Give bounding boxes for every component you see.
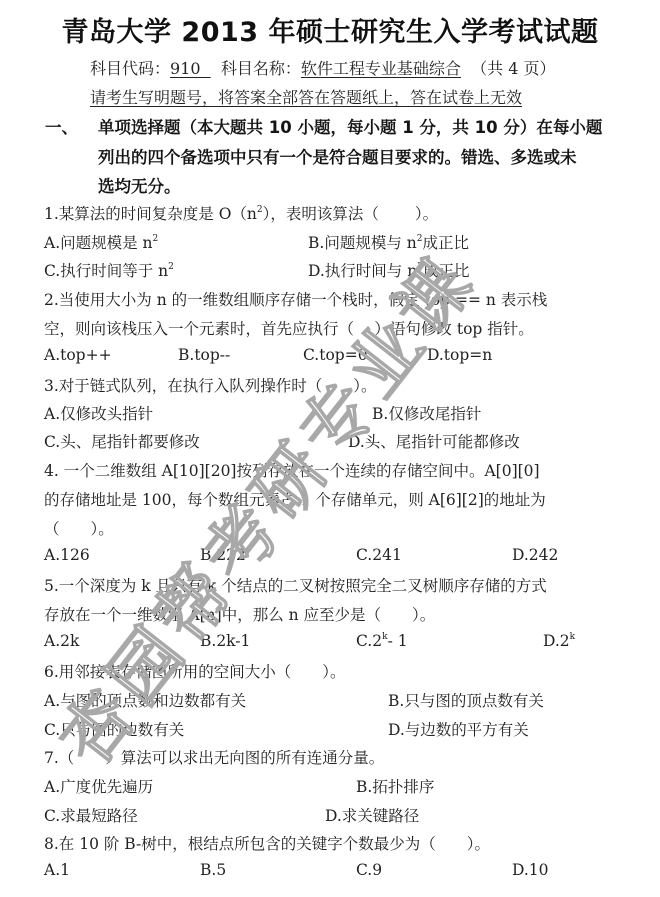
- question-4-option-d: D.242: [512, 546, 558, 564]
- question-5-option-b: B.2k-1: [200, 632, 250, 650]
- question-8-option-c: C.9: [356, 861, 382, 879]
- question-3-option-a: A.仅修改头指针: [44, 402, 153, 424]
- question-1-stem: 1.某算法的时间复杂度是 O（n2），表明该算法（ ）。: [44, 202, 438, 224]
- question-7-stem: 7.（ ）算法可以求出无向图的所有连通分量。: [44, 746, 384, 768]
- section-number: 一、: [45, 114, 78, 138]
- question-4-option-c: C.241: [356, 546, 402, 564]
- section-instructions-line-1: 单项选择题（本大题共 10 小题，每小题 1 分，共 10 分）在每小题: [98, 114, 602, 138]
- question-6-option-a: A.与图的顶点数和边数都有关: [44, 689, 246, 711]
- question-3-option-d: D.头、尾指针可能都修改: [348, 430, 520, 452]
- question-3-option-c: C.头、尾指针都要修改: [44, 430, 200, 452]
- question-6-stem: 6.用邻接表存储图所用的空间大小（ ）。: [44, 660, 346, 682]
- question-8-option-d: D.10: [512, 861, 549, 879]
- subject-code-label: 科目代码：: [90, 59, 170, 78]
- question-7-option-a: A.广度优先遍历: [44, 775, 153, 797]
- subject-name: 软件工程专业基础综合: [301, 59, 461, 78]
- question-5-stem-line-1: 5.一个深度为 k 且只有 k 个结点的二叉树按照完全二叉树顺序存储的方式: [44, 574, 547, 596]
- subject-code: 910: [170, 59, 211, 78]
- question-7-option-b: B.拓扑排序: [356, 775, 434, 797]
- question-5-option-a: A.2k: [44, 632, 79, 650]
- question-1-option-d: D.执行时间与 n2成正比: [308, 259, 469, 281]
- exam-page: 青岛大学 2013 年硕士研究生入学考试试题 科目代码：910 科目名称：软件工…: [0, 0, 660, 897]
- question-4-stem-line-1: 4. 一个二维数组 A[10][20]按列存放在一个连续的存储空间中。A[0][…: [44, 459, 540, 481]
- question-4-option-a: A.126: [44, 546, 90, 564]
- question-2-stem-line-1: 2.当使用大小为 n 的一维数组顺序存储一个栈时，假定 top == n 表示栈: [44, 288, 547, 310]
- question-5-option-d: D.2k: [543, 632, 575, 650]
- question-3-option-b: B.仅修改尾指针: [372, 402, 481, 424]
- question-5-stem-line-2: 存放在一个一维数组 A[n]中，那么 n 应至少是（ ）。: [44, 603, 435, 625]
- question-8-option-b: B.5: [200, 861, 226, 879]
- watermark-char-5: 研: [236, 429, 344, 535]
- question-2-stem-line-2: 空，则向该栈压入一个元素时，首先应执行（ ）语句修改 top 指针。: [44, 317, 534, 339]
- question-4-option-b: B.222: [200, 546, 246, 564]
- page-count: （共 4 页）: [471, 59, 555, 78]
- question-3-stem: 3.对于链式队列，在执行入队列操作时（ ）。: [44, 374, 377, 396]
- question-6-option-c: C.只与图的边数有关: [44, 718, 184, 740]
- question-1-option-b: B.问题规模与 n2成正比: [308, 231, 469, 253]
- question-6-option-d: D.与边数的平方有关: [388, 718, 529, 740]
- question-2-option-b: B.top--: [178, 346, 230, 364]
- question-2-option-c: C.top=0: [303, 346, 368, 364]
- answer-notice: 请考生写明题号，将答案全部答在答题纸上，答在试卷上无效: [90, 85, 522, 108]
- subject-info-line: 科目代码：910 科目名称：软件工程专业基础综合 （共 4 页）: [90, 56, 555, 79]
- question-5-option-c: C.2k- 1: [356, 632, 408, 650]
- question-1-option-a: A.问题规模是 n2: [44, 231, 158, 253]
- subject-name-label: 科目名称：: [221, 59, 301, 78]
- question-7-option-c: C.求最短路径: [44, 804, 138, 826]
- question-7-option-d: D.求关键路径: [325, 804, 419, 826]
- exam-title: 青岛大学 2013 年硕士研究生入学考试试题: [0, 10, 660, 49]
- question-8-option-a: A.1: [44, 861, 70, 879]
- question-8-stem: 8.在 10 阶 B-树中，根结点所包含的关键字个数最少为（ ）。: [44, 832, 490, 854]
- question-4-stem-line-3: （ ）。: [44, 517, 114, 539]
- question-2-option-a: A.top++: [44, 346, 112, 364]
- section-instructions-line-2: 列出的四个备选项中只有一个是符合题目要求的。错选、多选或未: [98, 144, 577, 168]
- question-1-option-c: C.执行时间等于 n2: [44, 259, 174, 281]
- section-instructions-line-3: 选均无分。: [98, 173, 181, 197]
- question-6-option-b: B.只与图的顶点数有关: [388, 689, 544, 711]
- question-4-stem-line-2: 的存储地址是 100，每个数组元素占 1 个存储单元，则 A[6][2]的地址为: [44, 488, 546, 510]
- question-2-option-d: D.top=n: [427, 346, 492, 364]
